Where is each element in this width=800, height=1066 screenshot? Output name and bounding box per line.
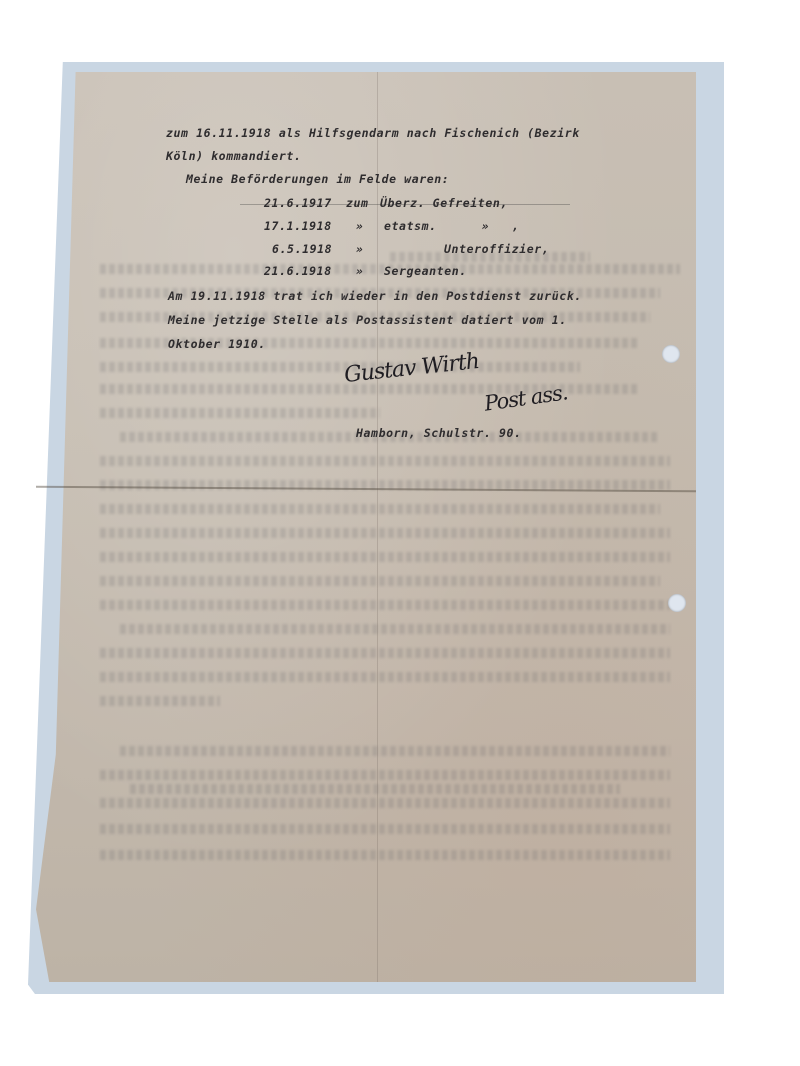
punch-hole-top xyxy=(662,345,680,363)
promotion-rank: Unteroffizier, xyxy=(444,242,549,256)
promotion-rank: etatsm. » , xyxy=(384,219,519,233)
typed-line-closing-1: Am 19.11.1918 trat ich wieder in den Pos… xyxy=(168,289,582,303)
typed-line-2: Köln) kommandiert. xyxy=(166,149,301,163)
promotion-prep: » xyxy=(356,219,364,233)
promotion-date: 21.6.1918 xyxy=(264,264,332,278)
promotion-rank: Sergeanten. xyxy=(384,264,467,278)
punch-hole-bottom xyxy=(668,594,686,612)
typed-line-3: Meine Beförderungen im Felde waren: xyxy=(186,172,449,186)
sender-address: Hamborn, Schulstr. 90. xyxy=(356,426,522,440)
promotion-prep: » xyxy=(356,242,364,256)
promotion-prep: zum xyxy=(346,196,369,210)
promotion-rank: Überz. Gefreiten, xyxy=(380,196,508,210)
vertical-fold-crease xyxy=(377,72,378,982)
promotion-date: 6.5.1918 xyxy=(272,242,332,256)
promotion-date: 21.6.1917 xyxy=(264,196,332,210)
typed-line-closing-2: Meine jetzige Stelle als Postassistent d… xyxy=(168,313,567,327)
typed-line-closing-3: Oktober 1910. xyxy=(168,337,266,351)
typed-line-1: zum 16.11.1918 als Hilfsgendarm nach Fis… xyxy=(166,126,580,140)
promotion-prep: » xyxy=(356,264,364,278)
promotion-date: 17.1.1918 xyxy=(264,219,332,233)
